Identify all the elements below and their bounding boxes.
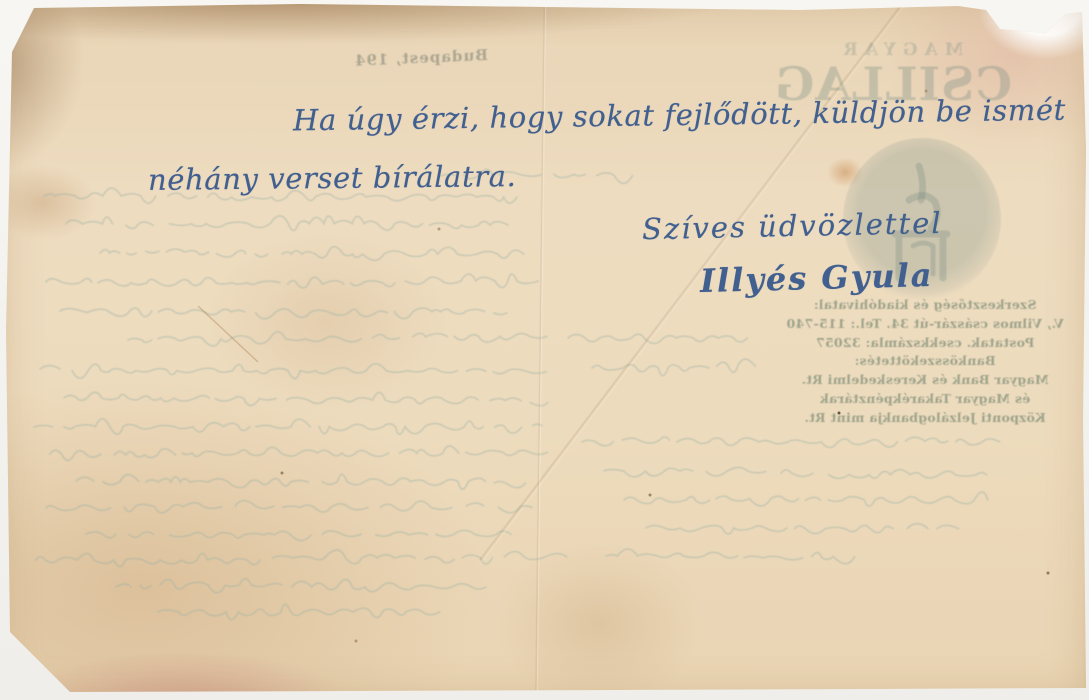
ghost-handwriting-line: [606, 549, 855, 564]
ghost-handwriting-line: [624, 492, 988, 506]
ghost-handwriting-line: [116, 579, 486, 593]
paper-sheet: MAGYAR CSILLAG Budapest, 194 Szerkesztős…: [0, 0, 1089, 700]
ghost-handwriting-line: [646, 524, 959, 534]
scan-edge-shadow: [0, 95, 3, 475]
ghost-handwriting-line: [582, 437, 1000, 448]
ghost-handwriting-line: [34, 419, 542, 434]
ghost-handwriting-line: [60, 308, 516, 319]
ghost-handwriting-line: [128, 332, 547, 346]
ghost-handwriting-line: [46, 501, 532, 513]
scanned-letter-canvas: MAGYAR CSILLAG Budapest, 194 Szerkesztős…: [0, 0, 1089, 700]
ghost-handwriting-line: [100, 247, 524, 261]
ghost-handwriting-line: [50, 446, 548, 461]
ghost-handwriting-line: [604, 467, 994, 478]
handwriting-signature: Illyés Gyula: [700, 256, 934, 300]
ghost-handwriting-line: [86, 530, 511, 540]
ghost-handwriting-line: [64, 392, 548, 406]
handwriting-line-2: néhány verset bírálatra.: [148, 159, 517, 197]
ghost-handwriting-line: [66, 216, 520, 231]
ghost-handwriting-line: [568, 334, 747, 343]
handwriting-closing: Szíves üdvözlettel: [642, 206, 943, 246]
ghost-handwriting-line: [592, 359, 755, 376]
stain-specks: [0, 0, 2, 2]
ghost-handwriting-line: [158, 604, 452, 619]
ghost-handwriting-line: [40, 364, 546, 379]
ghost-handwriting-line: [76, 474, 534, 489]
ghost-handwriting-line: [46, 274, 538, 288]
